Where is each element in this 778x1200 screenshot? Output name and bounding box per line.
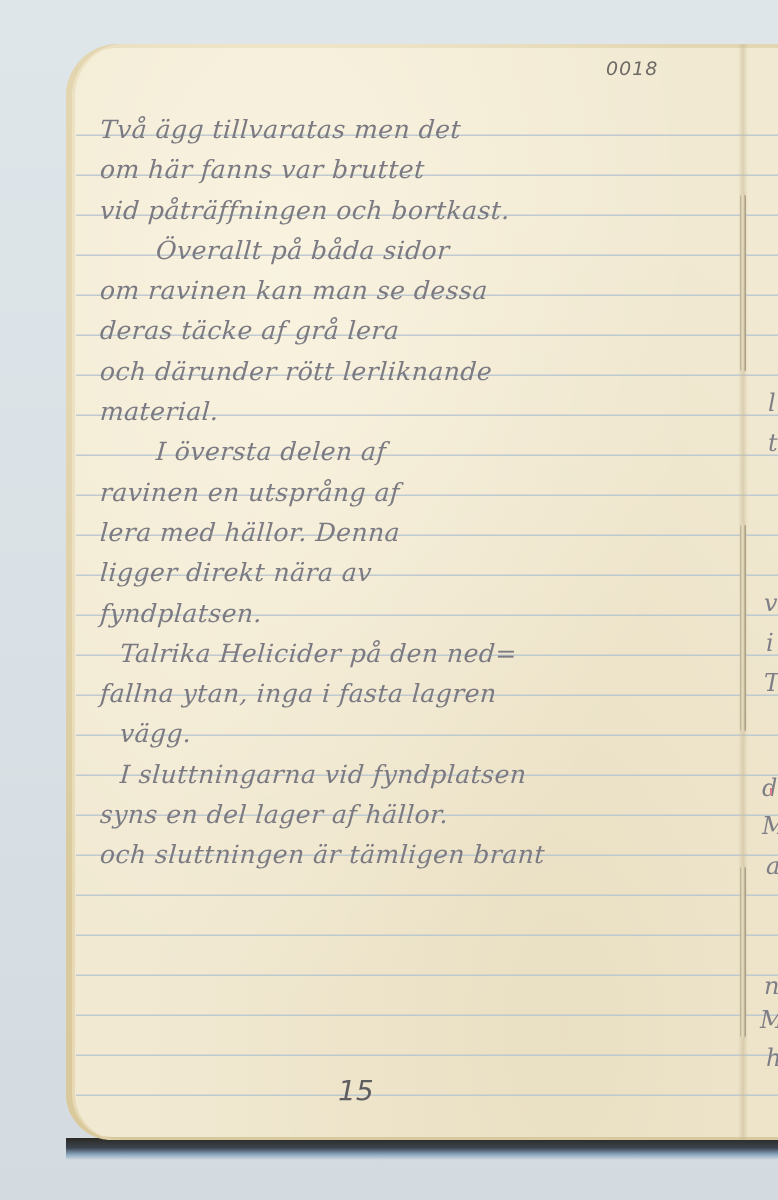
facing-fragment: M: [762, 812, 778, 840]
text-line: syns en del lager af hällor.: [99, 795, 742, 835]
facing-fragment: M.: [760, 1006, 778, 1034]
facing-fragment: t: [768, 429, 778, 457]
facing-fragment: i: [766, 629, 774, 657]
red-ink-mark: [770, 788, 772, 795]
facing-fragment: n: [764, 972, 778, 1000]
text-line: I översta delen af: [99, 432, 742, 472]
facing-fragment: l: [768, 389, 776, 417]
facing-fragment: T: [764, 669, 778, 697]
text-line: fyndplatsen.: [99, 594, 742, 634]
binding-stitch-top: [740, 194, 746, 372]
handwritten-text: Två ägg tillvaratas men det om här fanns…: [100, 110, 740, 876]
facing-fragment: v: [764, 589, 778, 617]
page-number: 15: [338, 1074, 374, 1107]
text-line: fallna ytan, inga i fasta lagren: [99, 674, 742, 714]
text-line: material.: [99, 392, 742, 432]
text-line: Två ägg tillvaratas men det: [99, 110, 742, 150]
text-line: om ravinen kan man se dessa: [99, 271, 742, 311]
text-line: och sluttningen är tämligen brant: [99, 835, 742, 875]
facing-fragment: h: [766, 1044, 778, 1072]
facing-page-edge: v i T d M a n M. h l t: [756, 44, 778, 1140]
text-line: om här fanns var bruttet: [99, 150, 742, 190]
text-line: I sluttningarna vid fyndplatsen: [99, 755, 742, 795]
text-line: vägg.: [99, 714, 742, 754]
text-line: ravinen en utsprång af: [99, 473, 742, 513]
text-line: vid påträffningen och bortkast.: [99, 191, 742, 231]
text-line: Överallt på båda sidor: [99, 231, 742, 271]
text-line: ligger direkt nära av: [99, 553, 742, 593]
page-shadow: [66, 1138, 778, 1160]
facing-fragment: a: [766, 852, 778, 880]
text-line: deras täcke af grå lera: [99, 311, 742, 351]
text-line: lera med hällor. Denna: [99, 513, 742, 553]
text-line: Talrika Helicider på den ned=: [99, 634, 742, 674]
binding-stitch-bottom: [740, 866, 746, 1038]
catalog-number: 0018: [606, 58, 658, 80]
text-line: och därunder rött lerliknande: [99, 352, 742, 392]
notebook-page: 0018 Två ägg tillvaratas men det om här …: [66, 44, 778, 1140]
